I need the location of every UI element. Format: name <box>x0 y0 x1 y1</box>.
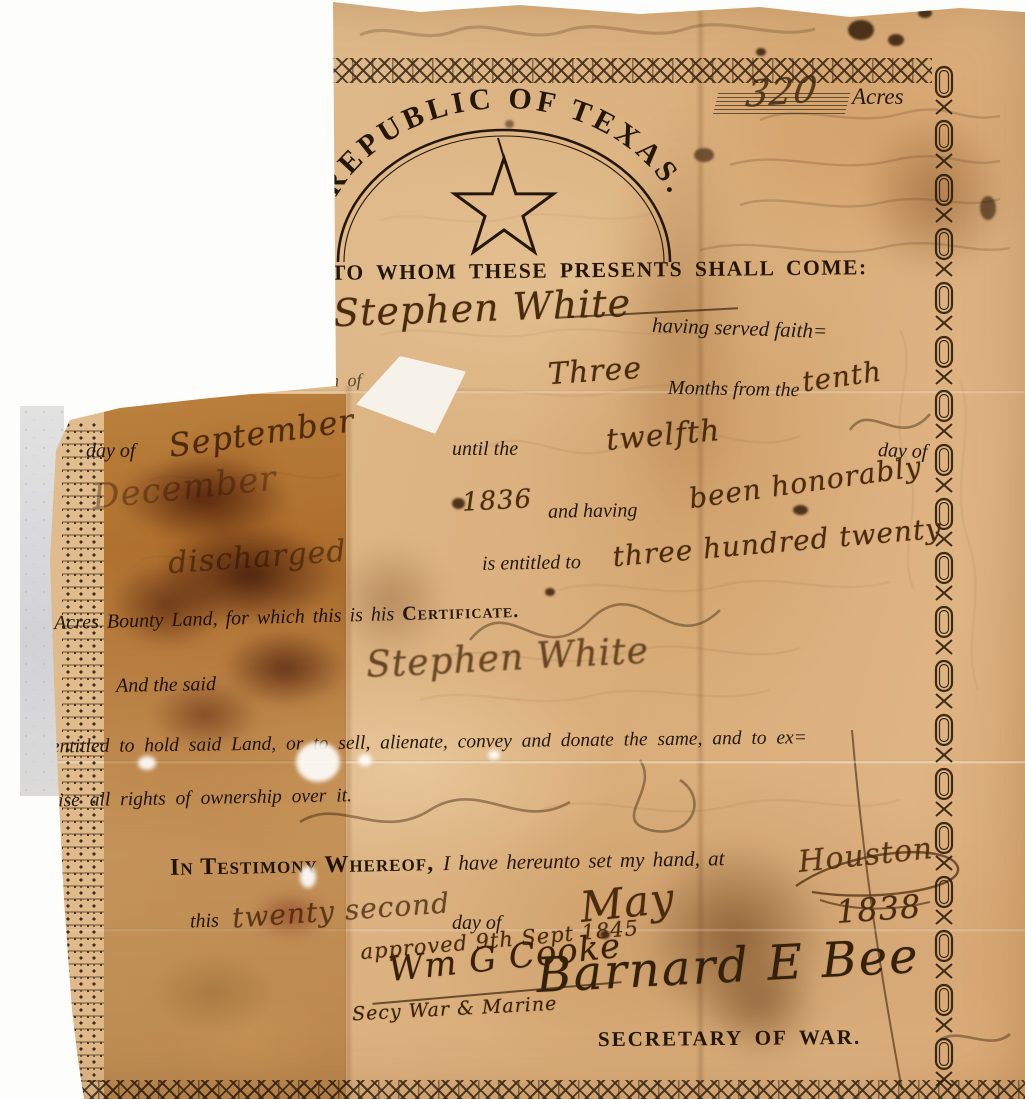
office-title: SECRETARY OF WAR. <box>598 1025 861 1052</box>
fold-crease <box>0 390 1025 394</box>
year-value: 1838 <box>835 887 923 931</box>
border-right-chain <box>928 64 960 1086</box>
acres-value: 320 <box>743 69 820 116</box>
acres-label: Acres <box>852 84 904 110</box>
until-label: until the <box>452 438 518 461</box>
torn-paper-wedge <box>356 356 466 434</box>
lone-star-icon <box>455 138 554 252</box>
certificate-word: Certificate. <box>402 600 520 625</box>
place-value: Houston <box>797 831 935 880</box>
term-months-value: Three <box>547 351 643 392</box>
testimony-rest: I have hereunto set my hand, at <box>443 846 725 876</box>
signature-cooke-title: Secy War & Marine <box>352 993 558 1026</box>
certificate-sheet: REPUBLIC OF TEXAS. 320 Acres TO WHOM THE… <box>0 0 1025 1099</box>
entitled-label: is entitled to <box>482 551 581 576</box>
term-line-prefix: and honorably for the term of <box>128 370 362 395</box>
scan-page: { "certificate": { "acres_value": "320",… <box>0 0 1025 1099</box>
border-top-ornament <box>332 58 932 83</box>
end-year-value: 1836 <box>461 484 533 518</box>
grantee-name: Stephen White <box>332 281 631 335</box>
masthead-seal: REPUBLIC OF TEXAS. <box>318 88 690 273</box>
term-line-months: Months from the <box>668 377 800 402</box>
and-having-label: and having <box>548 499 638 524</box>
